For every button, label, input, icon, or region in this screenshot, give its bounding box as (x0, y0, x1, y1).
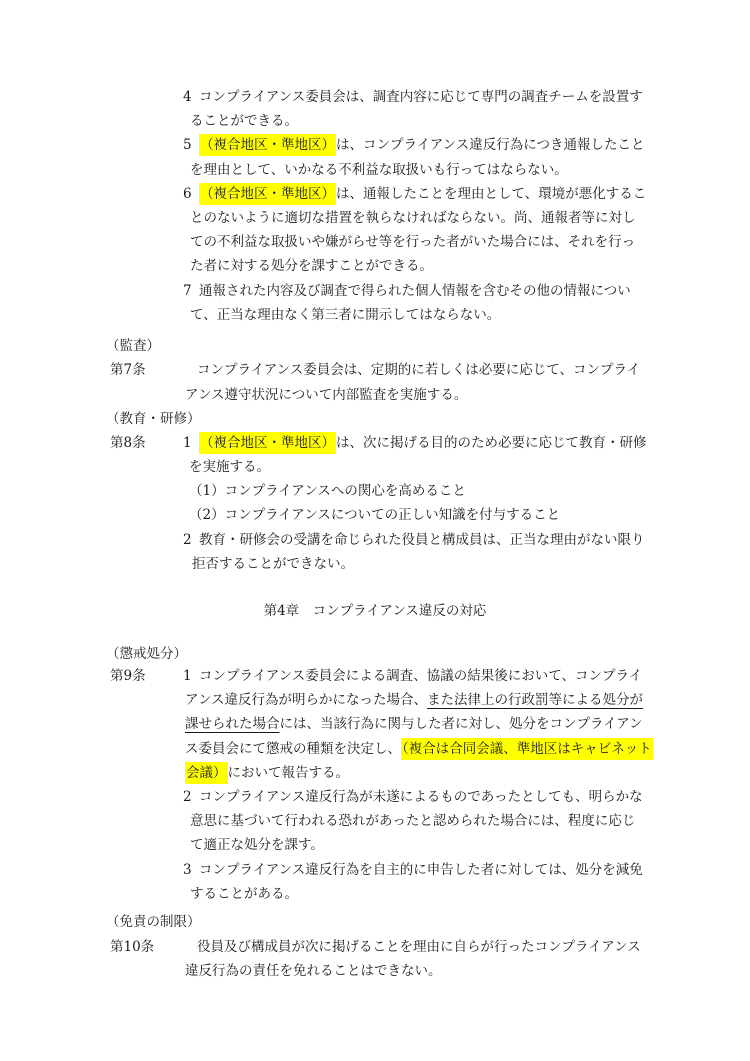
body-text: コンプライアンス違反行為を自主的に申告した者に対しては、処分を減免 (199, 862, 643, 878)
body-text: アンス違反行為が明らかになった場合、 (185, 692, 427, 708)
body-text: を実施する。 (189, 459, 270, 475)
text-line: （監査） (106, 334, 160, 358)
text-line: （教育・研修） (106, 407, 201, 431)
text-line: （免責の制限） (106, 910, 201, 934)
body-text: （1）コンプライアンスへの関心を高めること (189, 483, 466, 499)
body-text: は、通報したことを理由として、環境が悪化するこ (336, 186, 646, 202)
body-text: 通報された内容及び調査で得られた個人情報を含むその他の情報につい (199, 283, 631, 299)
text-line: て適正な処分を課す。 (190, 833, 324, 857)
text-line: とのないように適切な措置を執らなければならない。尚、通報者等に対し (190, 206, 636, 230)
body-text: コンプライアンス委員会は、調査内容に応じて専門の調査チームを設置す (199, 89, 643, 105)
text-line: 違反行為の責任を免れることはできない。 (185, 959, 442, 983)
item-number: 5 (183, 133, 199, 157)
item-number: 2 (183, 785, 199, 809)
text-line: 4コンプライアンス委員会は、調査内容に応じて専門の調査チームを設置す (183, 85, 643, 109)
text-line: 2教育・研修会の受講を命じられた役員と構成員は、正当な理由がない限り (183, 528, 645, 552)
body-text: は、コンプライアンス違反行為につき通報したこと (336, 137, 644, 153)
text-line: することがある。 (190, 882, 298, 906)
body-text: において報告する。 (228, 765, 350, 781)
body-text: ることができる。 (190, 113, 298, 129)
text-line: た者に対する処分を課すことができる。 (190, 254, 433, 278)
body-text: 意思に基づいて行われる恐れがあったと認められた場合には、程度に応じ (190, 813, 635, 829)
text-line: ることができる。 (190, 109, 298, 133)
text-line: 拒否することができない。 (192, 552, 354, 576)
section-label: （監査） (106, 338, 160, 354)
item-number: 2 (183, 528, 199, 552)
item-number: 1 (183, 431, 199, 455)
body-text: 拒否することができない。 (192, 556, 354, 572)
document-page: 4コンプライアンス委員会は、調査内容に応じて専門の調査チームを設置することができ… (0, 0, 750, 1061)
body-text: を理由として、いかなる不利益な取扱いも行ってはならない。 (190, 162, 568, 178)
body-text: 役員及び構成員が次に掲げることを理由に自らが行ったコンプライアンス (197, 939, 641, 955)
section-label: （免責の制限） (106, 914, 201, 930)
body-text: た者に対する処分を課すことができる。 (190, 258, 433, 274)
body-text: コンプライアンス委員会による調査、協議の結果後において、コンプライ (199, 668, 642, 684)
highlighted-text: （複合地区・準地区） (199, 432, 336, 454)
text-line: 第7条コンプライアンス委員会は、定期的に若しくは必要に応じて、コンプライ (110, 358, 640, 382)
highlighted-text: （複合地区・準地区） (199, 183, 336, 205)
text-line: を理由として、いかなる不利益な取扱いも行ってはならない。 (190, 158, 568, 182)
text-line: （懲戒処分） (106, 642, 187, 666)
body-text: 違反行為の責任を免れることはできない。 (185, 963, 442, 979)
item-number: 6 (183, 182, 199, 206)
text-line: 会議）において報告する。 (185, 761, 349, 785)
text-line: 5（複合地区・準地区）は、コンプライアンス違反行為につき通報したこと (183, 133, 644, 157)
body-text: ス委員会にて懲戒の種類を決定し、 (185, 741, 401, 757)
text-line: アンス違反行為が明らかになった場合、また法律上の行政罰等による処分が (185, 688, 643, 712)
body-text: コンプライアンス委員会は、定期的に若しくは必要に応じて、コンプライ (197, 362, 640, 378)
text-line: ス委員会にて懲戒の種類を決定し、（複合は合同会議、準地区はキャビネット (185, 737, 653, 761)
body-text: （2）コンプライアンスについての正しい知識を付与すること (189, 507, 560, 523)
text-line: 課せられた場合には、当該行為に関与した者に対し、処分をコンプライアン (185, 712, 643, 736)
chapter-heading: 第4章 コンプライアンス違反の対応 (264, 603, 487, 619)
text-line: ての不利益な取扱いや嫌がらせ等を行った者がいた場合には、それを行っ (190, 230, 635, 254)
text-line: 3コンプライアンス違反行為を自主的に申告した者に対しては、処分を減免 (183, 858, 643, 882)
underlined-text: また法律上の行政罰等による処分が (427, 692, 643, 708)
highlighted-text: 会議） (185, 762, 228, 784)
text-line: 2コンプライアンス違反行為が未遂によるものであったとしても、明らかな (183, 785, 643, 809)
item-number: 4 (183, 85, 199, 109)
item-number: 7 (183, 279, 199, 303)
text-line: 第9条1コンプライアンス委員会による調査、協議の結果後において、コンプライ (110, 664, 642, 688)
text-line: 7通報された内容及び調査で得られた個人情報を含むその他の情報につい (183, 279, 631, 303)
item-number: 3 (183, 858, 199, 882)
body-text: とのないように適切な措置を執らなければならない。尚、通報者等に対し (190, 210, 636, 226)
item-number: 1 (183, 664, 199, 688)
text-line: （1）コンプライアンスへの関心を高めること (189, 479, 466, 503)
text-line: （2）コンプライアンスについての正しい知識を付与すること (189, 503, 560, 527)
body-text: は、次に掲げる目的のため必要に応じて教育・研修 (336, 435, 647, 451)
body-text: 教育・研修会の受講を命じられた役員と構成員は、正当な理由がない限り (199, 532, 645, 548)
underlined-text: 課せられた場合 (185, 716, 280, 732)
body-text: アンス遵守状況について内部監査を実施する。 (185, 387, 467, 403)
body-text: ての不利益な取扱いや嫌がらせ等を行った者がいた場合には、それを行っ (190, 234, 635, 250)
text-line: て、正当な理由なく第三者に開示してはならない。 (190, 303, 500, 327)
text-line: 6（複合地区・準地区）は、通報したことを理由として、環境が悪化するこ (183, 182, 646, 206)
highlighted-text: （複合は合同会議、準地区はキャビネット (401, 738, 653, 760)
article-label: 第8条 (110, 431, 183, 455)
article-label: 第10条 (110, 935, 197, 959)
text-line: 第4章 コンプライアンス違反の対応 (0, 599, 750, 623)
body-text: には、当該行為に関与した者に対し、処分をコンプライアン (280, 716, 643, 732)
body-text: て、正当な理由なく第三者に開示してはならない。 (190, 307, 500, 323)
body-text: することがある。 (190, 886, 298, 902)
text-line: アンス遵守状況について内部監査を実施する。 (185, 383, 467, 407)
body-text: コンプライアンス違反行為が未遂によるものであったとしても、明らかな (199, 789, 643, 805)
text-line: 意思に基づいて行われる恐れがあったと認められた場合には、程度に応じ (190, 809, 635, 833)
article-label: 第9条 (110, 664, 183, 688)
text-line: 第10条役員及び構成員が次に掲げることを理由に自らが行ったコンプライアンス (110, 935, 641, 959)
text-line: を実施する。 (189, 455, 270, 479)
section-label: （懲戒処分） (106, 646, 187, 662)
body-text: て適正な処分を課す。 (190, 837, 324, 853)
highlighted-text: （複合地区・準地区） (199, 134, 336, 156)
text-line: 第8条1（複合地区・準地区）は、次に掲げる目的のため必要に応じて教育・研修 (110, 431, 647, 455)
article-label: 第7条 (110, 358, 197, 382)
section-label: （教育・研修） (106, 411, 201, 427)
